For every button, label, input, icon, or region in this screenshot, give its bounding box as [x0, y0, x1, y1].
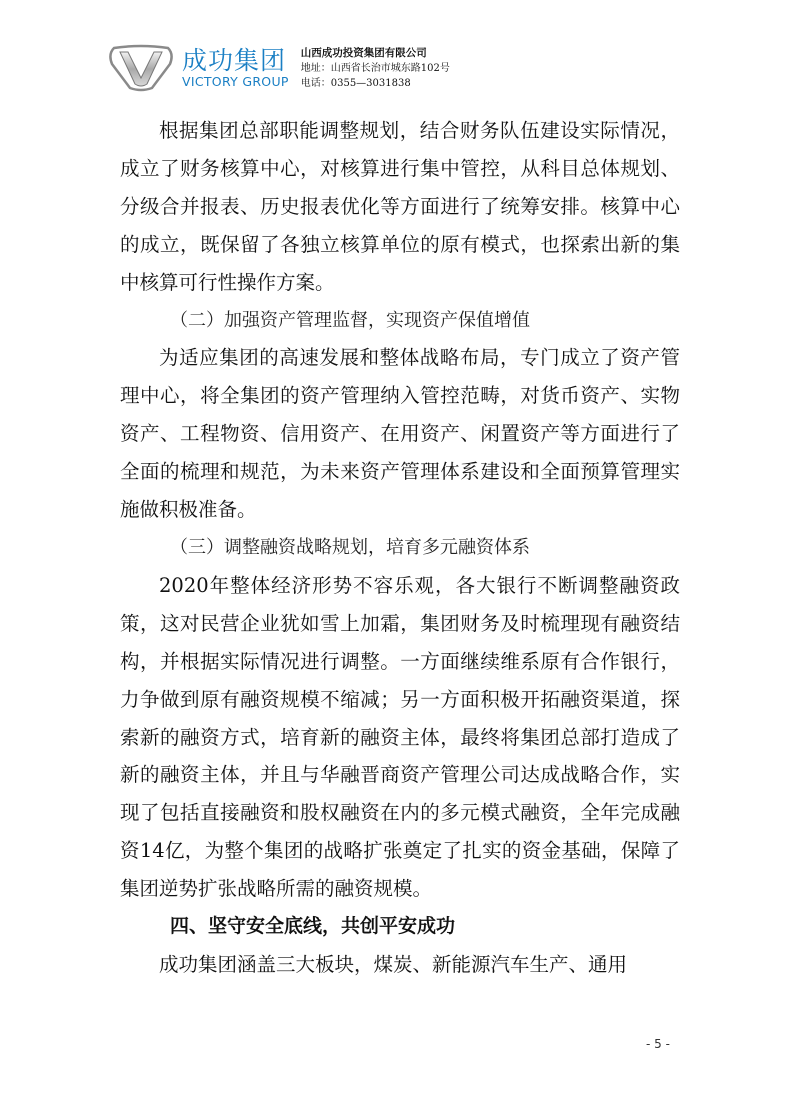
page-number: - 5 -: [646, 1037, 670, 1051]
subheading-financing-strategy: （三）调整融资战略规划，培育多元融资体系: [120, 529, 680, 567]
company-info: 山西成功投资集团有限公司 地址：山西省长治市城东路102号 电话：0355—30…: [301, 46, 450, 91]
paragraph-asset-management: 为适应集团的高速发展和整体战略布局，专门成立了资产管理中心，将全集团的资产管理纳…: [120, 339, 680, 529]
company-name: 山西成功投资集团有限公司: [301, 46, 450, 61]
letterhead: 成功集团 VICTORY GROUP 山西成功投资集团有限公司 地址：山西省长治…: [108, 40, 450, 96]
subheading-asset-management: （二）加强资产管理监督，实现资产保值增值: [120, 302, 680, 340]
document-body: 根据集团总部职能调整规划，结合财务队伍建设实际情况，成立了财务核算中心，对核算进…: [120, 112, 680, 984]
section-heading-safety: 四、坚守安全底线，共创平安成功: [120, 908, 680, 946]
brand-name-cn: 成功集团: [182, 47, 289, 75]
paragraph-accounting-center: 根据集团总部职能调整规划，结合财务队伍建设实际情况，成立了财务核算中心，对核算进…: [120, 112, 680, 302]
company-phone: 电话：0355—3031838: [301, 76, 450, 91]
victory-logo-icon: [108, 44, 174, 92]
brand-logo-text: 成功集团 VICTORY GROUP: [182, 47, 289, 89]
paragraph-safety: 成功集团涵盖三大板块，煤炭、新能源汽车生产、通用: [120, 946, 680, 984]
company-address: 地址：山西省长治市城东路102号: [301, 61, 450, 76]
paragraph-financing-strategy: 2020年整体经济形势不容乐观，各大银行不断调整融资政策，这对民营企业犹如雪上加…: [120, 567, 680, 908]
brand-name-en: VICTORY GROUP: [182, 75, 289, 89]
